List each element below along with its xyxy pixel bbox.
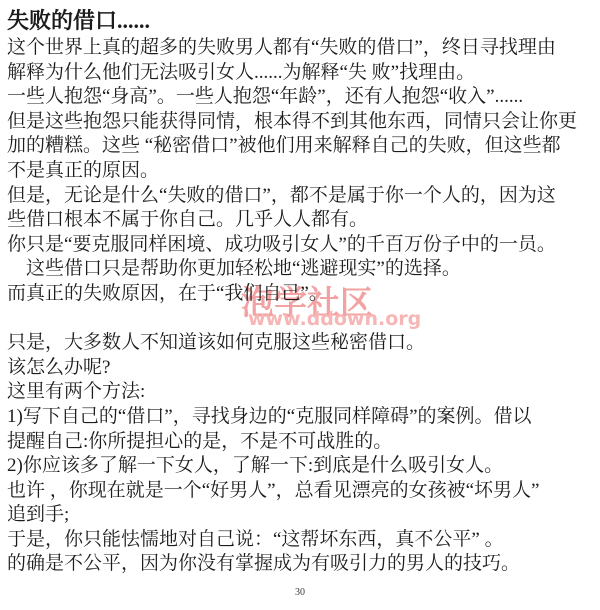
- text-line: 而真正的失败原因，在于“我们自己”。: [7, 282, 595, 307]
- text-line: 这些借口只是帮助你更加轻松地“逃避现实”的选择。: [7, 257, 595, 282]
- text-line: 2)你应该多了解一下女人，了解一下:到底是什么吸引女人。: [7, 454, 595, 479]
- text-line: 这个世界上真的超多的失败男人都有“失败的借口”，终日寻找理由: [7, 36, 595, 61]
- text-line: 不是真正的原因。: [7, 159, 595, 184]
- document-content: 失败的借口...... 这个世界上真的超多的失败男人都有“失败的借口”，终日寻找…: [7, 6, 595, 577]
- text-line: 些借口根本不属于你自己。几乎人人都有。: [7, 208, 595, 233]
- text-line: 但是，无论是什么“失败的借口”，都不是属于你一个人的，因为这: [7, 184, 595, 209]
- text-line: 加的糟糕。这些 “秘密借口”被他们用来解释自己的失败，但这些都: [7, 134, 595, 159]
- text-line: 的确是不公平，因为你没有掌握成为有吸引力的男人的技巧。: [7, 552, 595, 577]
- text-line: 你只是“要克服同样困境、成功吸引女人”的千百万份子中的一员。: [7, 233, 595, 258]
- blank-line: [7, 307, 595, 332]
- text-line: 只是，大多数人不知道该如何克服这些秘密借口。: [7, 331, 595, 356]
- text-line: 也许 ，你现在就是一个“好男人”，总看见漂亮的女孩被“坏男人”: [7, 479, 595, 504]
- text-line: 追到手;: [7, 503, 595, 528]
- text-line: 于是，你只能怯懦地对自己说：“这帮坏东西，真不公平” 。: [7, 528, 595, 553]
- text-line: 1)写下自己的“借口”，寻找身边的“克服同样障碍”的案例。借以: [7, 405, 595, 430]
- text-line: 解释为什么他们无法吸引女人......为解释“失 败”找理由。: [7, 61, 595, 86]
- page-title: 失败的借口......: [7, 6, 595, 36]
- text-line: 提醒自己:你所提担心的是，不是不可战胜的。: [7, 430, 595, 455]
- document-page: 泡学社区 www.ddown.org 失败的借口...... 这个世界上真的超多…: [0, 0, 600, 610]
- text-line: 一些人抱怨“身高”。一些人抱怨“年龄”，还有人抱怨“收入”......: [7, 85, 595, 110]
- page-number: 30: [0, 587, 600, 598]
- text-line: 但是这些抱怨只能获得同情，根本得不到其他东西，同情只会让你更: [7, 110, 595, 135]
- text-line: 该怎么办呢?: [7, 356, 595, 381]
- text-line: 这里有两个方法:: [7, 380, 595, 405]
